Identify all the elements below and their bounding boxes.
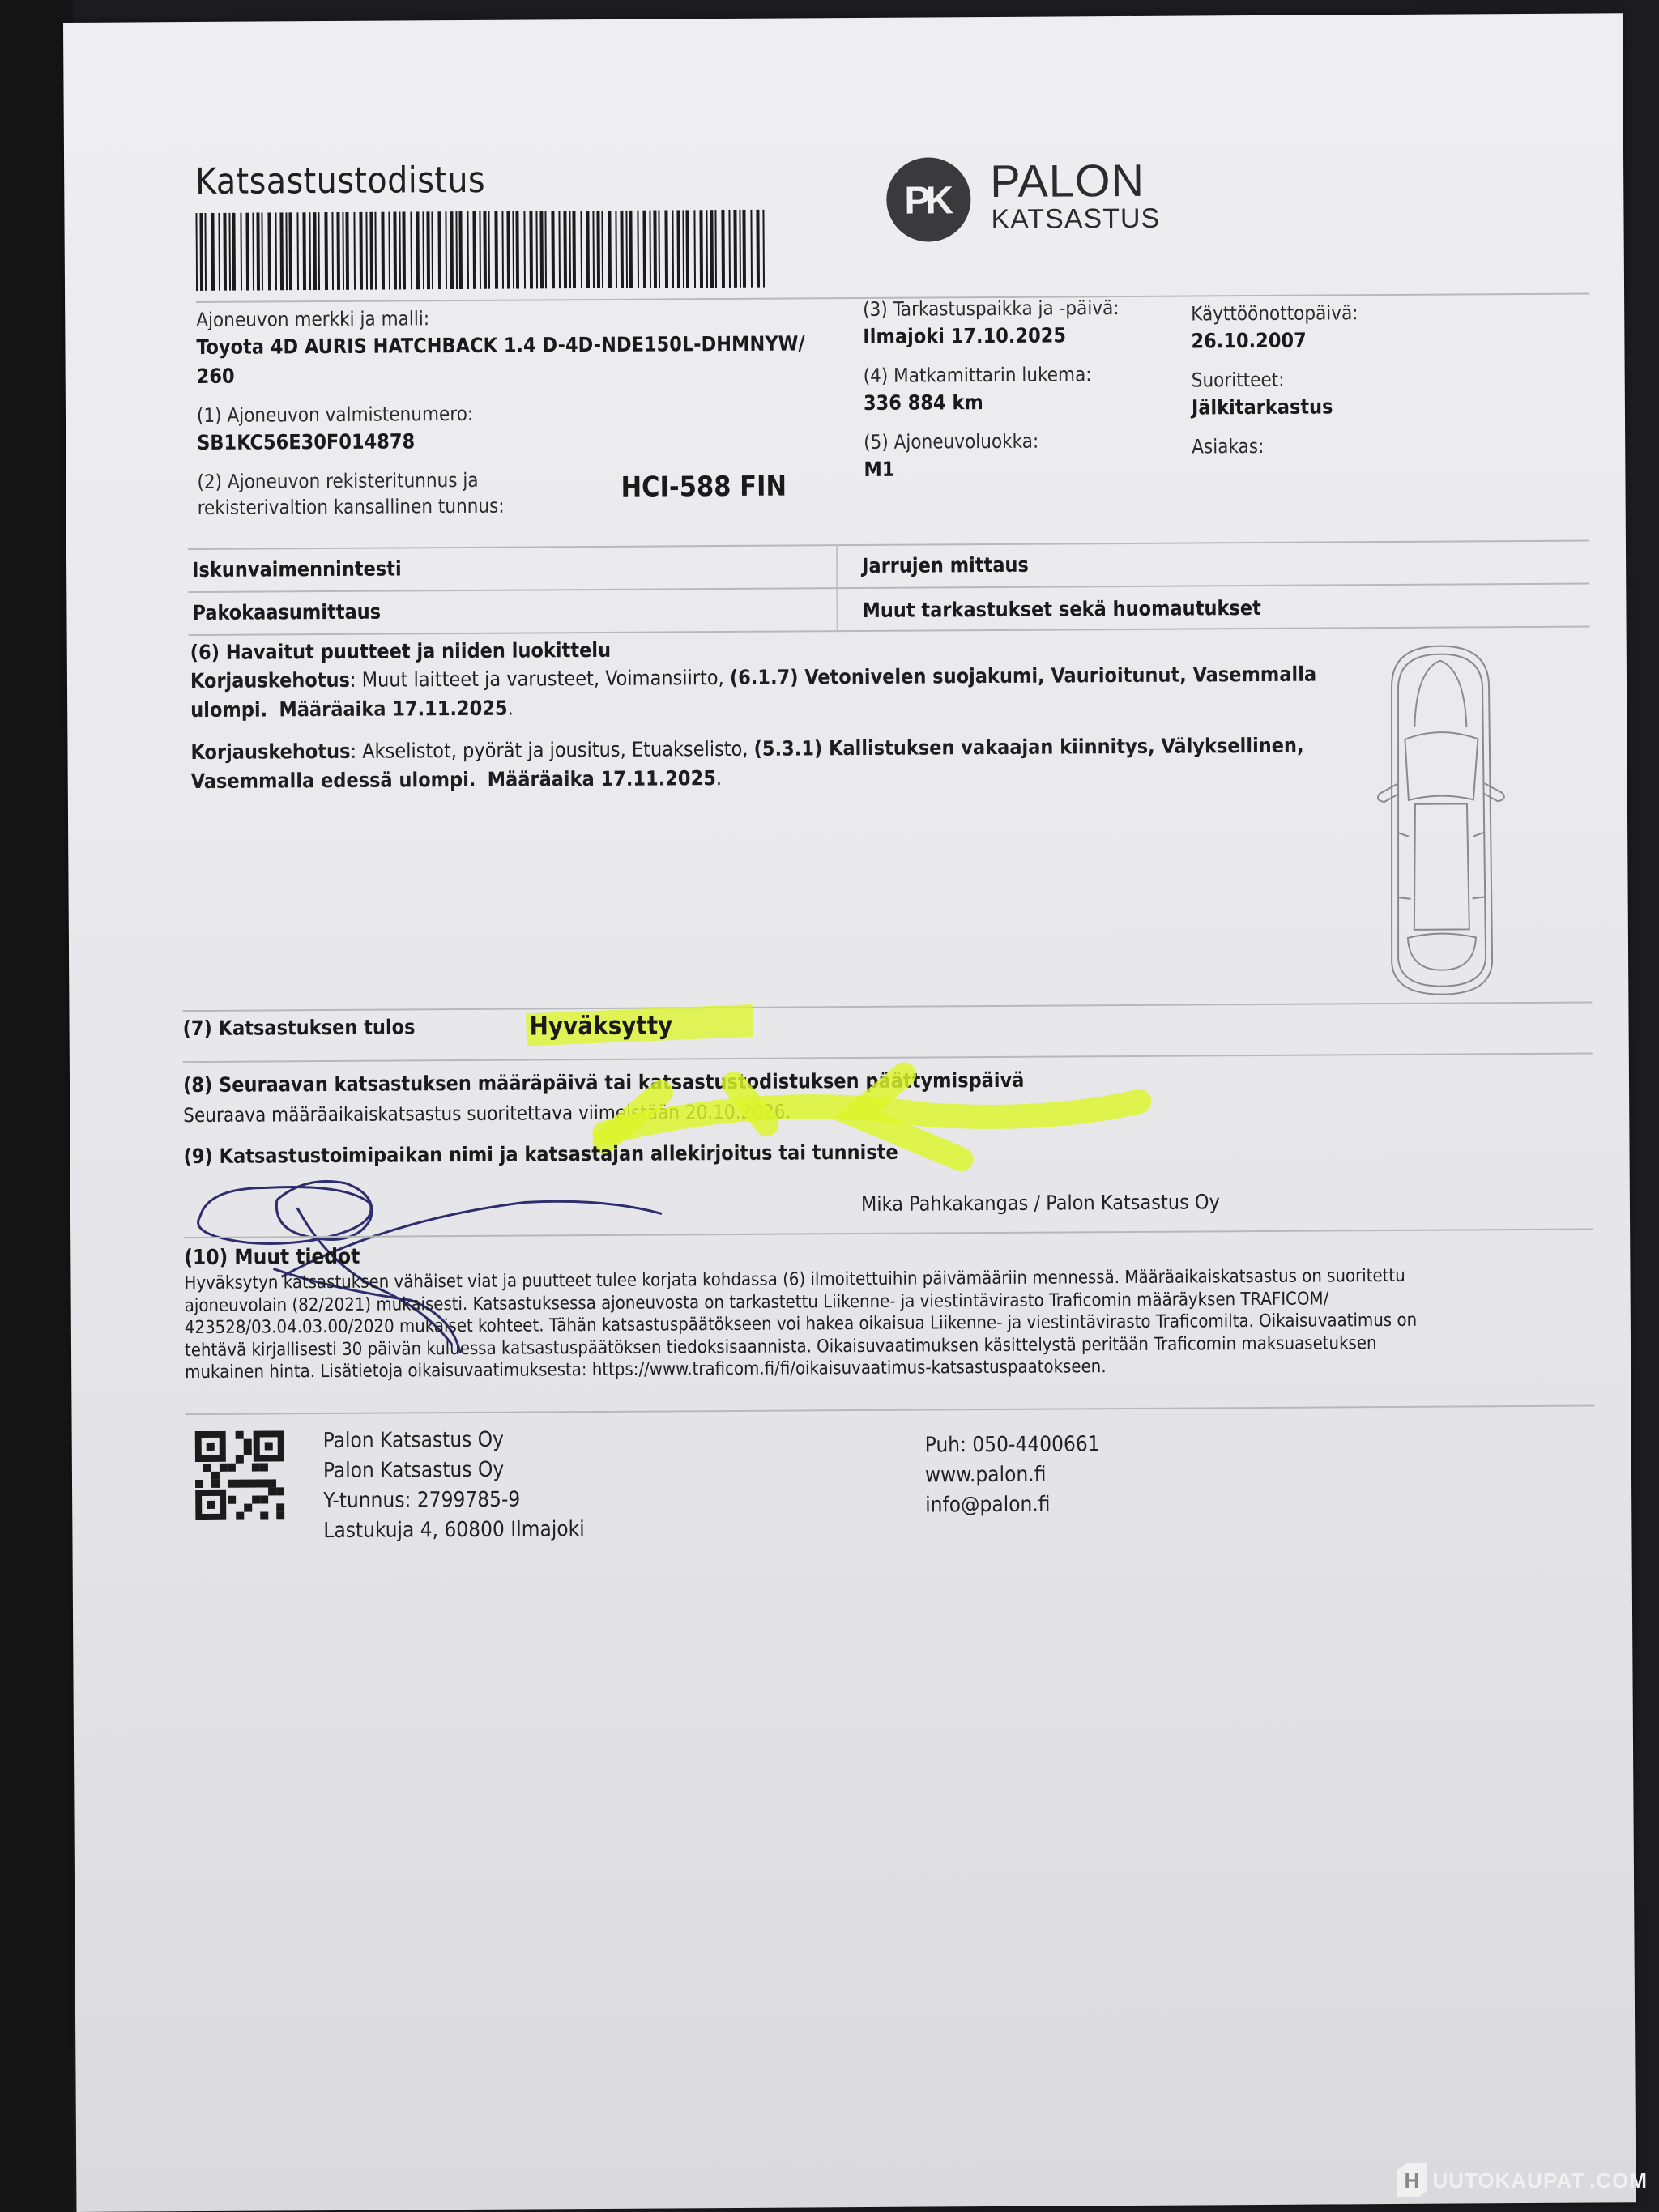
performed-label: Suoritteet: bbox=[1192, 365, 1516, 393]
vin-value: SB1KC56E30F014878 bbox=[197, 424, 926, 458]
registration-number: HCI-588 FIN bbox=[621, 471, 787, 504]
reg-label-cont: rekisterivaltion kansallinen tunnus: bbox=[198, 491, 927, 521]
first-registration-label: Käyttöönottopäivä: bbox=[1191, 299, 1515, 326]
defect-item: Korjauskehotus: Akselistot, pyörät ja jo… bbox=[190, 731, 1389, 796]
divider bbox=[188, 540, 1589, 551]
company-name: Palon Katsastus Oy bbox=[323, 1425, 585, 1456]
company-info: Palon Katsastus Oy Palon Katsastus Oy Y-… bbox=[323, 1425, 585, 1546]
odometer-value: 336 884 km bbox=[864, 387, 1188, 418]
website-link[interactable]: www.palon.fi bbox=[925, 1460, 1100, 1490]
logo-name: PALON bbox=[990, 156, 1145, 206]
inspection-info: (3) Tarkastuspaikka ja -päivä: Ilmajoki … bbox=[863, 295, 1188, 484]
car-diagram-icon bbox=[1359, 637, 1524, 1003]
huutokaupat-logo-icon: H bbox=[1397, 2163, 1427, 2197]
vehicle-class-label: (5) Ajoneuvoluokka: bbox=[864, 428, 1188, 455]
divider bbox=[182, 1001, 1592, 1012]
defect-item: Korjauskehotus: Muut laitteet ja varuste… bbox=[190, 659, 1389, 725]
contact-info: Puh: 050-4400661 www.palon.fi info@palon… bbox=[925, 1430, 1101, 1520]
odometer-label: (4) Matkamittarin lukema: bbox=[864, 361, 1188, 389]
vehicle-class-value: M1 bbox=[864, 454, 1188, 484]
test-brakes: Jarrujen mittaus bbox=[862, 553, 1029, 578]
watermark: H UUTOKAUPAT.COM bbox=[1397, 2163, 1648, 2197]
company-address: Lastukuja 4, 60800 Ilmajoki bbox=[323, 1515, 585, 1546]
logo-subtitle: KATSASTUS bbox=[991, 203, 1160, 236]
test-shock-absorber: Iskunvaimennintesti bbox=[192, 556, 402, 582]
company-name: Palon Katsastus Oy bbox=[323, 1455, 585, 1486]
other-info-section: (10) Muut tiedot Hyväksytyn katsastuksen… bbox=[184, 1235, 1521, 1384]
vehicle-info: Ajoneuvon merkki ja malli: Toyota 4D AUR… bbox=[196, 303, 927, 521]
registration-info: Käyttöönottopäivä: 26.10.2007 Suoritteet… bbox=[1191, 299, 1516, 459]
test-exhaust: Pakokaasumittaus bbox=[192, 600, 381, 624]
result-label: (7) Katsastuksen tulos bbox=[182, 1015, 415, 1040]
defects-section: (6) Havaitut puutteet ja niiden luokitte… bbox=[190, 632, 1390, 796]
signature-heading: (9) Katsastustoimipaikan nimi ja katsast… bbox=[183, 1140, 898, 1168]
make-model-value: Toyota 4D AURIS HATCHBACK 1.4 D-4D-NDE15… bbox=[196, 329, 925, 362]
customer-label: Asiakas: bbox=[1192, 432, 1516, 459]
make-model-value-cont: 260 bbox=[197, 358, 926, 391]
company-logo: PK PALON KATSASTUS bbox=[886, 156, 1162, 247]
inspection-certificate: Katsastustodistus PK PALON KATSASTUS Ajo… bbox=[63, 13, 1636, 2212]
background-desk bbox=[0, 0, 73, 2212]
divider bbox=[188, 583, 1589, 594]
place-date-value: Ilmajoki 17.10.2025 bbox=[863, 321, 1187, 352]
document-title: Katsastustodistus bbox=[195, 160, 485, 202]
phone: Puh: 050-4400661 bbox=[925, 1430, 1100, 1460]
barcode bbox=[195, 210, 771, 291]
place-date-label: (3) Tarkastuspaikka ja -päivä: bbox=[863, 295, 1187, 322]
business-id: Y-tunnus: 2799785-9 bbox=[323, 1485, 585, 1516]
email-link[interactable]: info@palon.fi bbox=[925, 1490, 1100, 1520]
performed-value: Jälkitarkastus bbox=[1192, 391, 1516, 422]
first-registration-value: 26.10.2007 bbox=[1191, 325, 1515, 356]
palon-katsastus-logo-icon: PK bbox=[886, 157, 971, 242]
test-other: Muut tarkastukset sekä huomautukset bbox=[862, 596, 1261, 622]
inspector-name: Mika Pahkakangas / Palon Katsastus Oy bbox=[861, 1190, 1220, 1216]
qr-code-icon bbox=[195, 1430, 285, 1520]
divider bbox=[185, 1404, 1594, 1415]
